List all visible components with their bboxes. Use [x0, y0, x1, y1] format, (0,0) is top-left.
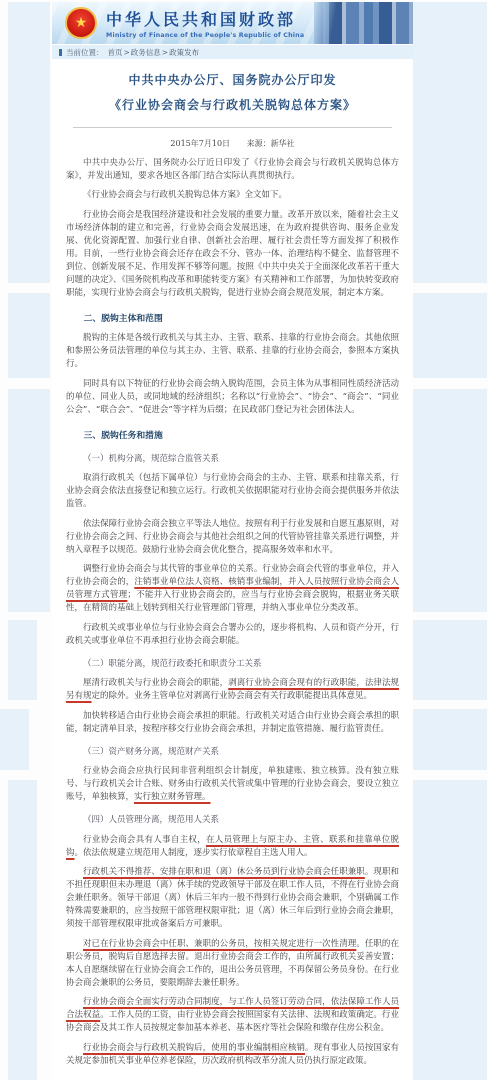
- text-segment: 定的除外。业务主管单位对剥离行业协会商会有关行政职能提出具体意见。: [92, 691, 373, 701]
- side-rail-left-segment: [8, 389, 50, 612]
- text-segment: 脱钩的主体是各级行政机关与其主办、主管、联系、挂靠的行业协会商会。其他依照和参照…: [66, 333, 399, 369]
- side-rail-left-segment: [0, 709, 29, 770]
- breadcrumb-item-gov-info[interactable]: 政务信息: [131, 47, 161, 58]
- text-segment: 行业协会商会具有人事自主权，: [83, 835, 206, 845]
- article-paragraph: 对已在行业协会商会中任职、兼职的公务员，按相关规定进行一次性清理。任职的在职公务…: [66, 938, 399, 990]
- article-paragraph: 调整行业协会商会与其代管的事业单位的关系。行业协会商会代管的事业单位，并入行业协…: [66, 563, 399, 615]
- article-paragraph: 中共中央办公厅、国务院办公厅近日印发了《行业协会商会与行政机关脱钩总体方案》，并…: [66, 157, 399, 183]
- text-segment: （三）资产财务分离，规范财产关系: [83, 747, 219, 757]
- red-underline-annotation: 行业协会商会与行政机关脱钩后，使用的事业编制相应核销: [83, 1043, 305, 1053]
- article-section-heading: 二、脱钩主体和范围: [66, 313, 399, 326]
- side-rail-right-segment: [413, 620, 487, 700]
- site-title-english: Ministry of Finance of the People's Repu…: [106, 32, 304, 39]
- text-segment: 《行业协会商会与行政机关脱钩总体方案》全文如下。: [83, 190, 287, 200]
- side-rail-left-segment: [8, 293, 50, 378]
- text-segment: 依法保障行业协会商会独立平等法人地位。按照有利于行业发展和自愿互惠原则，对行业协…: [66, 519, 399, 555]
- side-rail-left-segment: [8, 2, 50, 283]
- text-segment: 行政机关或事业单位与行业协会商会合署办公的，逐步将机构、人员和资产分开，行政机关…: [66, 623, 399, 646]
- red-underline-annotation: 对已在行业协会商会中任职、兼职的公务员，按相关规定进行一次性清理: [83, 939, 356, 949]
- article-paragraph: 行业协会商会与行政机关脱钩后，使用的事业编制相应核销。现有事业人员按国家有关规定…: [66, 1042, 399, 1068]
- article-paragraph: 行业协会商会全面实行劳动合同制度，与工作人员签订劳动合同，依法保障工作人员合法权…: [66, 996, 399, 1035]
- text-segment: （一）机构分离，规范综合监管关系: [83, 454, 219, 464]
- text-segment: （四）人员管理分离，规范用人关系: [83, 815, 219, 825]
- article-section-heading: （四）人员管理分离，规范用人关系: [66, 814, 399, 827]
- article-paragraph: 同时具有以下特征的行业协会商会纳入脱钩范围，会员主体为从事相同性质经济活动的单位…: [66, 378, 399, 417]
- article: 中共中央办公厅、国务院办公厅印发 《行业协会商会与行政机关脱钩总体方案》 201…: [52, 59, 413, 1068]
- article-paragraph: 行政机关不得推荐、安排在职和退（离）休公务员到行业协会商会任职兼职。现职和不担任…: [66, 866, 399, 931]
- page-content-column: ★ 中华人民共和国财政部 Ministry of Finance of the …: [52, 2, 413, 1080]
- text-segment: 加快转移适合由行业协会商会承担的职能。行政机关对适合由行业协会商会承担的职能，制…: [66, 711, 399, 734]
- article-paragraph: 依法保障行业协会商会独立平等法人地位。按照有利于行业发展和自愿互惠原则，对行业协…: [66, 518, 399, 557]
- text-segment: 厘清行政机关与行业协会商会的职能，: [83, 678, 228, 688]
- text-segment: 。依法依规建立规范用人制度，逐步实行依章程自主选人用人。: [75, 848, 313, 858]
- article-paragraph: 加快转移适合由行业协会商会承担的职能。行政机关对适合由行业协会商会承担的职能，制…: [66, 710, 399, 736]
- article-section-heading: 三、脱钩任务和措施: [66, 430, 399, 443]
- side-rail-left-segment: [8, 780, 37, 1080]
- red-underline-annotation: 实行独立财务管理。: [134, 792, 211, 802]
- site-name: 中华人民共和国财政部 Ministry of Finance of the Pe…: [106, 7, 304, 39]
- article-title: 中共中央办公厅、国务院办公厅印发 《行业协会商会与行政机关脱钩总体方案》: [66, 68, 399, 118]
- article-paragraph: 行业协会商会具有人事自主权，在人员管理上与原主办、主管、联系和挂靠单位脱钩。依法…: [66, 834, 399, 860]
- article-body: 中共中央办公厅、国务院办公厅近日印发了《行业协会商会与行政机关脱钩总体方案》，并…: [66, 157, 399, 1068]
- breadcrumb-marker-icon: [59, 49, 62, 56]
- breadcrumb-separator: >: [124, 48, 130, 57]
- text-segment: （二）职能分离，规范行政委托和职责分工关系: [83, 659, 262, 669]
- breadcrumb-item-home[interactable]: 首页: [108, 47, 123, 58]
- national-emblem-icon: ★: [65, 7, 97, 39]
- article-date: 2015年7月10日: [170, 139, 230, 148]
- text-segment: 。工作人员的工资，由行业协会商会按照国家有关法律、法规和政策确定。行业协会商会及…: [66, 1010, 399, 1033]
- article-section-heading: （二）职能分离，规范行政委托和职责分工关系: [66, 658, 399, 671]
- side-rail-right-segment: [413, 780, 487, 1080]
- article-paragraph: 脱钩的主体是各级行政机关与其主办、主管、联系、挂靠的行业协会商会。其他依照和参照…: [66, 332, 399, 371]
- article-section-heading: （一）机构分离，规范综合监管关系: [66, 453, 399, 466]
- title-divider: [73, 127, 392, 128]
- text-segment: 二、脱钩主体和范围: [84, 314, 163, 324]
- side-rail-right-segment: [413, 389, 487, 612]
- site-banner: ★ 中华人民共和国财政部 Ministry of Finance of the …: [52, 2, 413, 44]
- article-paragraph: 取消行政机关（包括下属单位）与行业协会商会的主办、主管、联系和挂靠关系，行业协会…: [66, 472, 399, 511]
- site-title-chinese: 中华人民共和国财政部: [106, 7, 304, 30]
- text-segment: 三、脱钩任务和措施: [84, 431, 163, 441]
- side-rail-right-segment: [406, 709, 487, 770]
- article-paragraph: 厘清行政机关与行业协会商会的职能，剥离行业协会商会现有的行政职能，法律法规另有规…: [66, 677, 399, 703]
- article-source: 新华社: [271, 139, 295, 148]
- breadcrumb-label: 当前位置：: [66, 47, 104, 58]
- article-section-heading: （三）资产财务分离，规范财产关系: [66, 746, 399, 759]
- article-paragraph: 行政机关或事业单位与行业协会商会合署办公的，逐步将机构、人员和资产分开，行政机关…: [66, 622, 399, 648]
- article-title-line1: 中共中央办公厅、国务院办公厅印发: [66, 68, 399, 93]
- article-title-line2: 《行业协会商会与行政机关脱钩总体方案》: [66, 93, 399, 118]
- side-rail-right-segment: [413, 293, 487, 378]
- breadcrumb-item-policy-release[interactable]: 政策发布: [169, 47, 199, 58]
- text-segment: 同时具有以下特征的行业协会商会纳入脱钩范围，会员主体为从事相同性质经济活动的单位…: [66, 379, 399, 415]
- side-rail-left-segment: [8, 620, 37, 700]
- article-paragraph: 行业协会商会是我国经济建设和社会发展的重要力量。改革开放以来，随着社会主义市场经…: [66, 209, 399, 300]
- red-underline-annotation: 行政机关不得推荐、安排在职和退（离）休公务员到行业协会商会任职兼职: [83, 867, 365, 877]
- text-segment: 行业协会商会应执行民间非营利组织会计制度，单独建账、独立核算。没有独立账号、与行…: [66, 766, 399, 802]
- article-paragraph: 行业协会商会应执行民间非营利组织会计制度，单独建账、独立核算。没有独立账号、与行…: [66, 765, 399, 804]
- article-paragraph: 《行业协会商会与行政机关脱钩总体方案》全文如下。: [66, 189, 399, 202]
- text-segment: 取消行政机关（包括下属单位）与行业协会商会的主办、主管、联系和挂靠关系，行业协会…: [66, 473, 399, 509]
- side-rail-right-segment: [413, 2, 487, 283]
- breadcrumb: 当前位置： 首页 > 政务信息 > 政策发布: [52, 44, 413, 59]
- article-dateline: 2015年7月10日 来源：新华社: [66, 137, 399, 150]
- text-segment: 中共中央办公厅、国务院办公厅近日印发了《行业协会商会与行政机关脱钩总体方案》，并…: [66, 158, 399, 181]
- banner-photo-buildings: [314, 2, 413, 44]
- text-segment: 行业协会商会是我国经济建设和社会发展的重要力量。改革开放以来，随着社会主义市场经…: [66, 210, 399, 298]
- breadcrumb-separator: >: [162, 48, 168, 57]
- article-source-label: 来源：: [247, 139, 271, 148]
